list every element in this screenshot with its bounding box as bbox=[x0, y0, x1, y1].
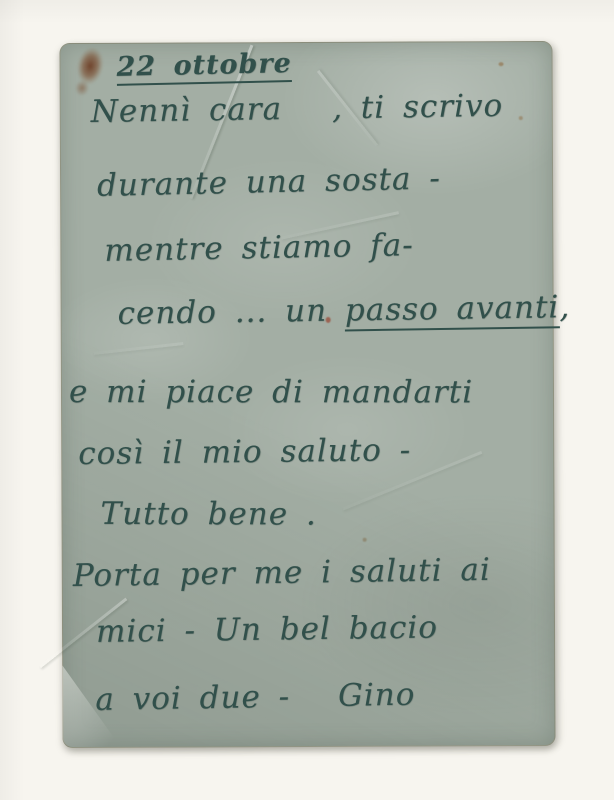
letter-line-9: mici - Un bel bacio bbox=[96, 609, 438, 649]
letter-line-7: Tutto bene . bbox=[100, 496, 316, 533]
underlined-phrase: passo avanti bbox=[345, 289, 560, 331]
letter-line-2-text: durante una sosta - bbox=[97, 160, 441, 203]
letter-line-9-text: mici - Un bel bacio bbox=[96, 609, 438, 649]
letter-line-8-text: Porta per me i saluti ai bbox=[73, 552, 491, 594]
crease-line bbox=[94, 342, 184, 355]
letter-date: 22 ottobre bbox=[116, 48, 292, 83]
letter-line-3-text: mentre stiamo fa- bbox=[104, 227, 414, 269]
paper-speck bbox=[363, 538, 367, 542]
letter-line-1-cont: , ti scrivo bbox=[332, 88, 504, 127]
scan-background: 22 ottobre Nennì cara, ti scrivo durante… bbox=[0, 0, 614, 800]
paper-speck bbox=[519, 116, 523, 120]
letter-line-7-text: Tutto bene . bbox=[100, 496, 316, 533]
letter-line-2: durante una sosta - bbox=[97, 160, 441, 203]
salutation: Nennì cara bbox=[90, 91, 282, 130]
postcard: 22 ottobre Nennì cara, ti scrivo durante… bbox=[59, 41, 555, 748]
letter-line-4: cendo ... un passo avanti, bbox=[117, 289, 570, 332]
letter-line-4-text: cendo ... un bbox=[117, 292, 345, 331]
letter-line-5-text: e mi piace di mandarti bbox=[69, 374, 473, 410]
letter-line-5: e mi piace di mandarti bbox=[69, 374, 473, 410]
letter-line-1: Nennì cara, ti scrivo bbox=[90, 88, 503, 130]
letter-line-6-text: così il mio saluto - bbox=[78, 432, 411, 472]
letter-line-8: Porta per me i saluti ai bbox=[73, 552, 491, 594]
letter-date-text: 22 ottobre bbox=[116, 48, 292, 86]
letter-line-10: a voi due -Gino bbox=[95, 677, 416, 718]
letter-line-6: così il mio saluto - bbox=[78, 432, 411, 472]
paper-speck bbox=[499, 62, 504, 66]
closing-text: a voi due - bbox=[95, 679, 290, 718]
letter-line-3: mentre stiamo fa- bbox=[104, 227, 414, 269]
letter-line-4-comma: , bbox=[559, 289, 570, 325]
signature: Gino bbox=[338, 677, 416, 714]
